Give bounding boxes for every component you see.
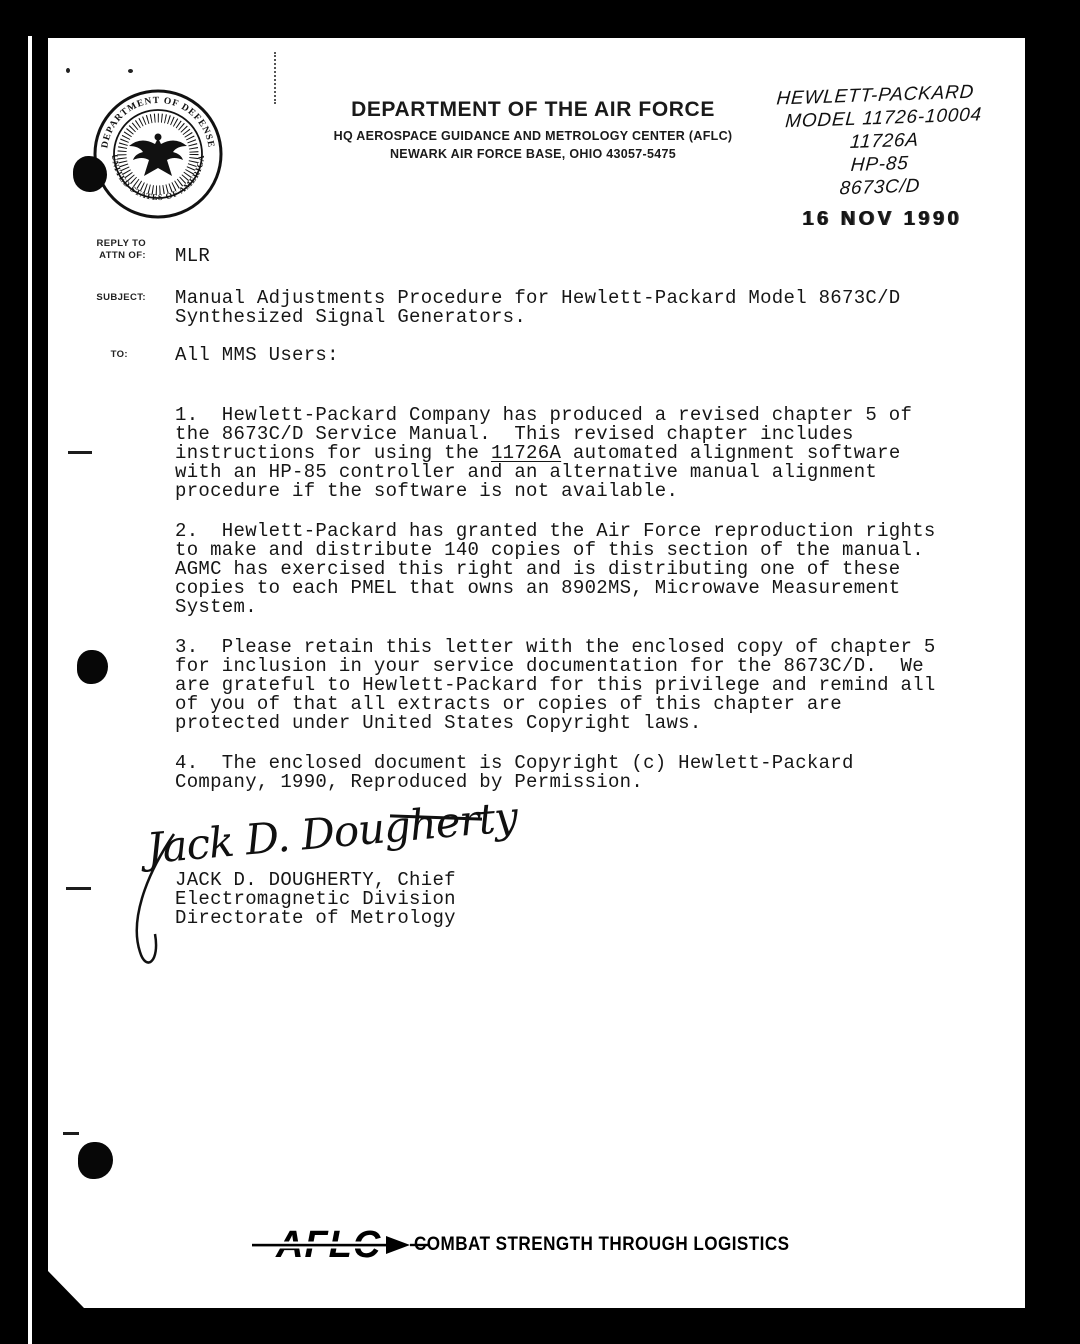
signature-block: JACK D. DOUGHERTY, Chief Electromagnetic… <box>175 871 456 928</box>
to-value: All MMS Users: <box>175 346 339 365</box>
letterhead-address: NEWARK AIR FORCE BASE, OHIO 43057-5475 <box>288 147 778 161</box>
scan-artifact-blob <box>77 650 108 684</box>
body-paragraph-1: 1. Hewlett-Packard Company has produced … <box>175 406 912 501</box>
signer-directorate: Directorate of Metrology <box>175 909 456 928</box>
margin-dash-mark <box>63 1132 79 1135</box>
dod-seal: DEPARTMENT OF DEFENSE UNITED STATES OF A… <box>92 88 224 220</box>
body-paragraph-3: 3. Please retain this letter with the en… <box>175 638 936 733</box>
reply-to-label-line1: REPLY TO <box>82 238 146 249</box>
letterhead-office: HQ AEROSPACE GUIDANCE AND METROLOGY CENT… <box>288 129 778 143</box>
letterhead-title: DEPARTMENT OF THE AIR FORCE <box>288 98 778 122</box>
letter-page: DEPARTMENT OF DEFENSE UNITED STATES OF A… <box>48 38 1025 1308</box>
subject-value: Manual Adjustments Procedure for Hewlett… <box>175 289 901 327</box>
scan-artifact-blob <box>78 1142 113 1179</box>
to-label: TO: <box>82 349 128 360</box>
scan-speck <box>66 68 70 73</box>
scan-artifact-blob-on-seal <box>73 156 107 192</box>
margin-dash-mark <box>68 451 92 454</box>
handwritten-annotation: HEWLETT-PACKARD MODEL 11726-10004 11726A… <box>772 80 985 202</box>
scan-dotted-artifact <box>274 52 276 104</box>
scan-speck <box>128 69 133 73</box>
margin-dash-mark <box>66 887 91 890</box>
handwritten-line: 8673C/D <box>839 172 985 200</box>
subject-label: SUBJECT: <box>82 292 146 303</box>
letterhead: DEPARTMENT OF THE AIR FORCE HQ AEROSPACE… <box>288 98 778 161</box>
reply-to-value: MLR <box>175 247 210 266</box>
body-paragraph-2: 2. Hewlett-Packard has granted the Air F… <box>175 522 936 617</box>
date-stamp: 16 NOV 1990 <box>802 208 962 231</box>
reply-to-label-line2: ATTN OF: <box>82 250 146 261</box>
body-paragraph-4: 4. The enclosed document is Copyright (c… <box>175 754 854 792</box>
scanned-letter-background: { "letterhead": { "agency": "DEPARTMENT … <box>0 0 1080 1344</box>
signature-script: Jack D. Dougherty <box>145 792 519 873</box>
scan-edge-line <box>28 36 32 1344</box>
footer-slogan: COMBAT STRENGTH THROUGH LOGISTICS <box>414 1234 790 1256</box>
